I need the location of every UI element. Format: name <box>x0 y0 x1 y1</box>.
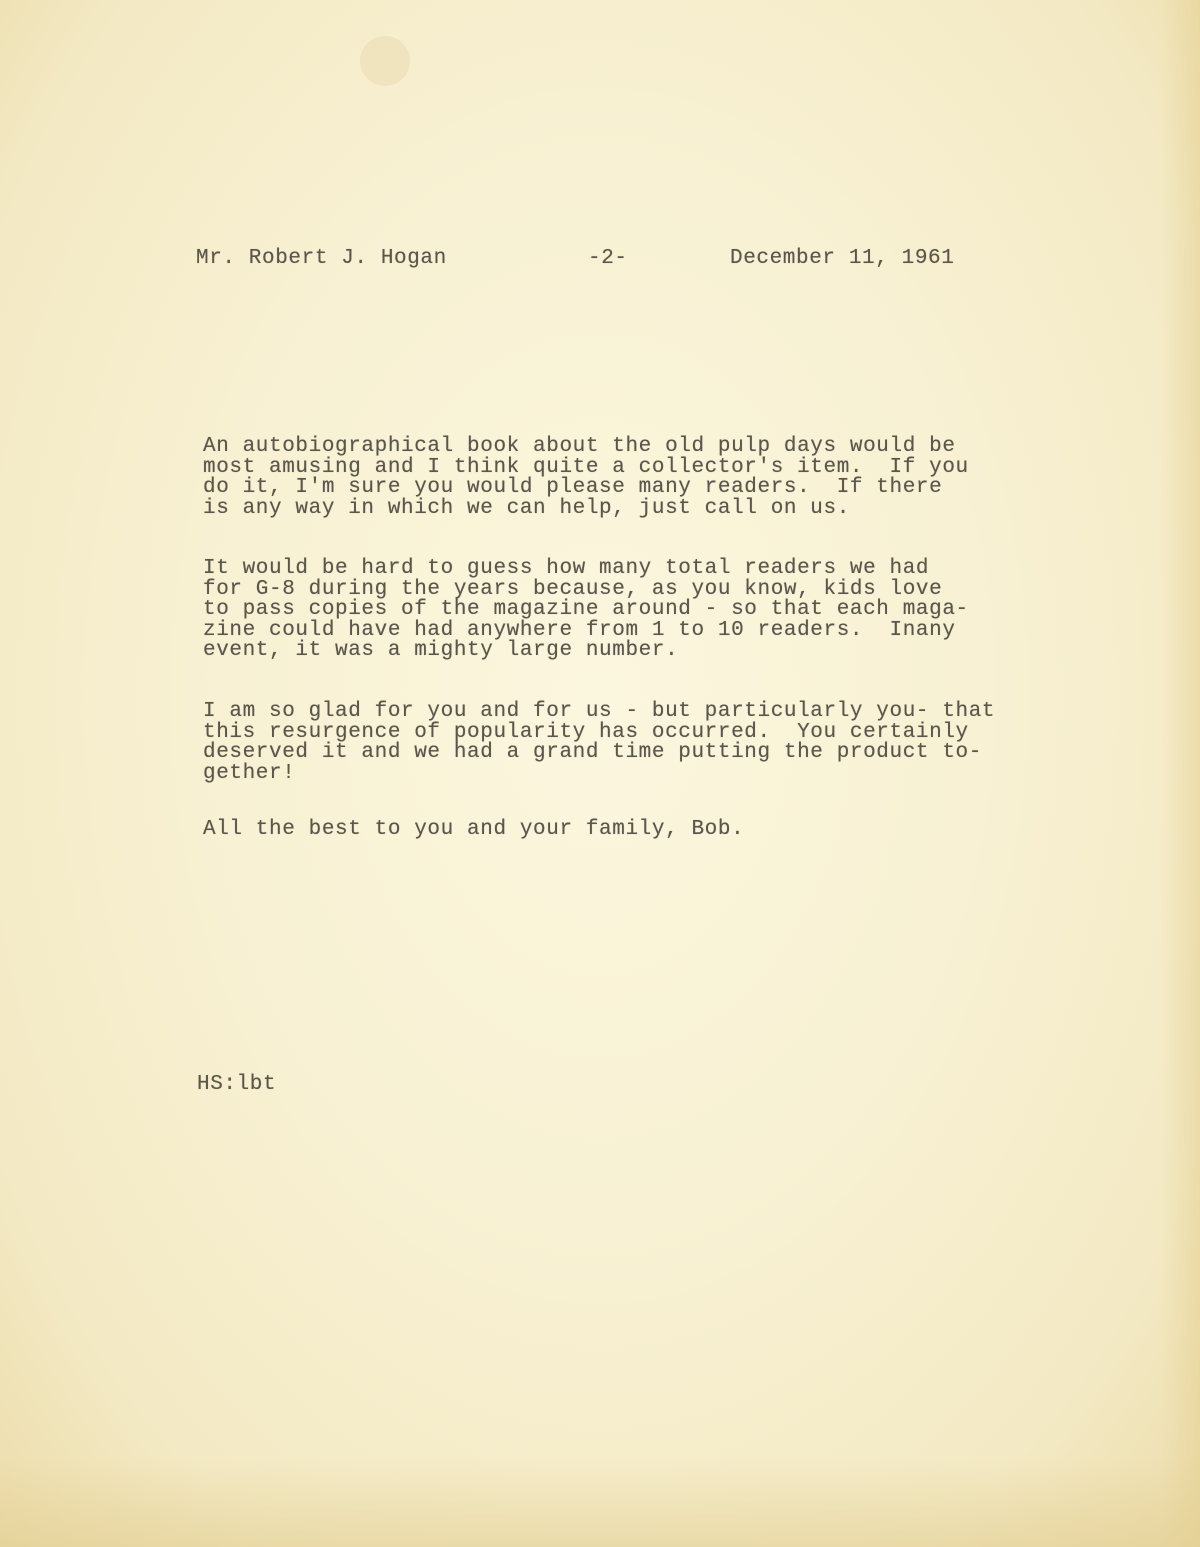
text-line: gether! <box>203 764 995 785</box>
header-recipient: Mr. Robert J. Hogan <box>196 247 447 270</box>
paper-edge-shading <box>0 1457 1200 1547</box>
text-line: event, it was a mighty large number. <box>203 641 969 662</box>
text-line: zine could have had anywhere from 1 to 1… <box>203 621 969 642</box>
text-line: is any way in which we can help, just ca… <box>203 499 969 520</box>
text-line: most amusing and I think quite a collect… <box>203 458 969 479</box>
text-line: An autobiographical book about the old p… <box>203 437 969 458</box>
paper-edge-shading <box>1160 0 1200 1547</box>
header-page-number: -2- <box>588 247 628 270</box>
text-line: I am so glad for you and for us - but pa… <box>203 702 995 723</box>
paragraph-readers: It would be hard to guess how many total… <box>203 559 969 662</box>
punch-hole-mark <box>360 36 410 86</box>
text-line: All the best to you and your family, Bob… <box>203 820 744 841</box>
text-line: this resurgence of popularity has occurr… <box>203 723 995 744</box>
reference-initials: HS:lbt <box>197 1073 276 1096</box>
text-line: do it, I'm sure you would please many re… <box>203 478 969 499</box>
paragraph-autobiography: An autobiographical book about the old p… <box>203 437 969 519</box>
text-line: to pass copies of the magazine around - … <box>203 600 969 621</box>
paragraph-closing: All the best to you and your family, Bob… <box>203 820 744 841</box>
text-line: for G-8 during the years because, as you… <box>203 580 969 601</box>
text-line: deserved it and we had a grand time putt… <box>203 743 995 764</box>
paragraph-resurgence: I am so glad for you and for us - but pa… <box>203 702 995 784</box>
header-date: December 11, 1961 <box>730 247 954 270</box>
text-line: It would be hard to guess how many total… <box>203 559 969 580</box>
letter-page: Mr. Robert J. Hogan -2- December 11, 196… <box>0 0 1200 1547</box>
